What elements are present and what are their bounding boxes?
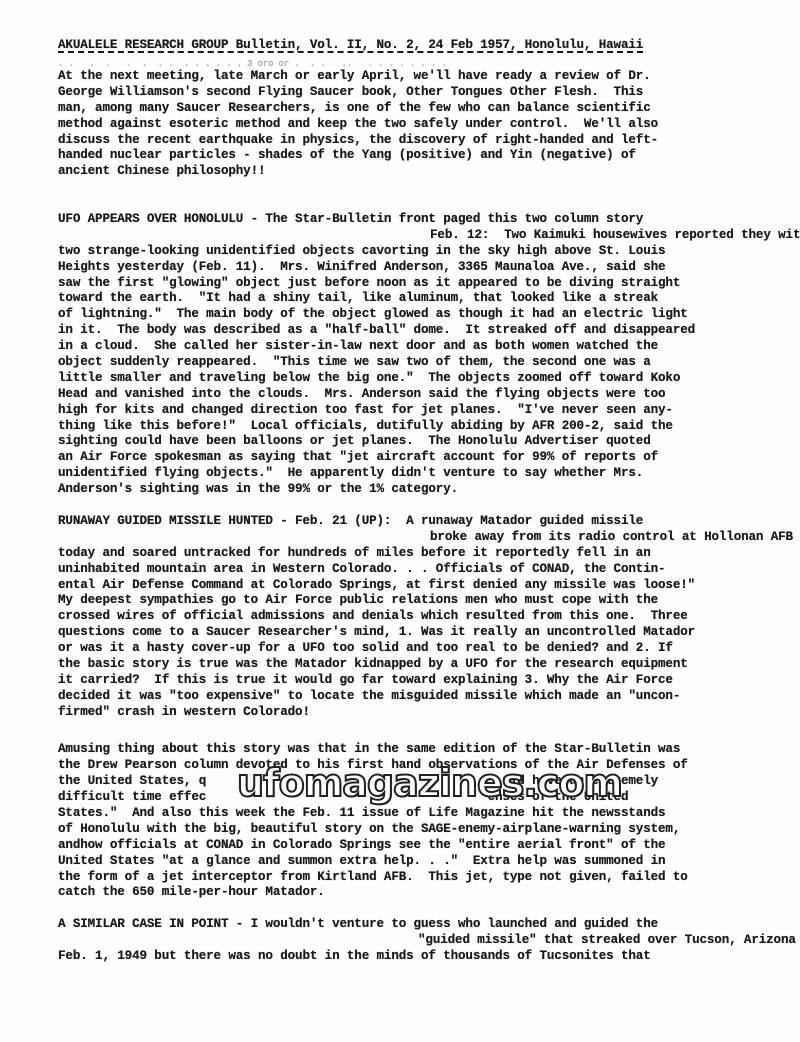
text-line: Head and vanished into the clouds. Mrs. …: [58, 387, 798, 403]
text-line: United States "at a glance and summon ex…: [58, 854, 798, 870]
similar-heading-cont: "guided missile" that streaked over Tucs…: [58, 933, 798, 949]
watermark-logo: ufomagazines.com: [237, 763, 622, 803]
bulletin-header: AKUALELE RESEARCH GROUP Bulletin, Vol. I…: [58, 38, 798, 57]
missile-heading-cont: broke away from its radio control at Hol…: [58, 530, 798, 546]
text-line: Anderson's sighting was in the 99% or th…: [58, 482, 798, 498]
text-line: At the next meeting, late March or early…: [58, 69, 798, 85]
text-line: unidentified flying objects." He apparen…: [58, 466, 798, 482]
missile-heading: RUNAWAY GUIDED MISSILE HUNTED - Feb. 21 …: [58, 514, 798, 530]
text-line: ancient Chinese philosophy!!: [58, 164, 798, 180]
text-line: firmed" crash in western Colorado!: [58, 705, 798, 721]
text-line: handed nuclear particles - shades of the…: [58, 148, 798, 164]
text-line: sighting could have been balloons or jet…: [58, 434, 798, 450]
text-line: Amusing thing about this story was that …: [58, 742, 798, 758]
text-line: discuss the recent earthquake in physics…: [58, 133, 798, 149]
document-page: AKUALELE RESEARCH GROUP Bulletin, Vol. I…: [0, 0, 800, 1042]
text-line: catch the 650 mile-per-hour Matador.: [58, 885, 798, 901]
similar-section: A SIMILAR CASE IN POINT - I wouldn't ven…: [58, 917, 798, 965]
text-line: Heights yesterday (Feb. 11). Mrs. Winifr…: [58, 260, 798, 276]
text-line: an Air Force spokesman as saying that "j…: [58, 450, 798, 466]
similar-heading: A SIMILAR CASE IN POINT - I wouldn't ven…: [58, 917, 798, 933]
text-line: toward the earth. "It had a shiny tail, …: [58, 291, 798, 307]
text-line: or was it a hasty cover-up for a UFO too…: [58, 641, 798, 657]
text-line: little smaller and traveling below the b…: [58, 371, 798, 387]
text-line: the basic story is true was the Matador …: [58, 657, 798, 673]
text-line: My deepest sympathies go to Air Force pu…: [58, 593, 798, 609]
text-line: high for kits and changed direction too …: [58, 403, 798, 419]
text-line: object suddenly reappeared. "This time w…: [58, 355, 798, 371]
text-line: ental Air Defense Command at Colorado Sp…: [58, 578, 798, 594]
text-line: of lightning." The main body of the obje…: [58, 307, 798, 323]
text-line: andhow officials at CONAD in Colorado Sp…: [58, 838, 798, 854]
missile-section: RUNAWAY GUIDED MISSILE HUNTED - Feb. 21 …: [58, 514, 798, 721]
ufo-section: UFO APPEARS OVER HONOLULU - The Star-Bul…: [58, 212, 798, 498]
text-line: uninhabited mountain area in Western Col…: [58, 562, 798, 578]
bleed-through-line: . . . . . . . . . . . . . . 3 oro or . .…: [58, 57, 798, 69]
bulletin-text: AKUALELE RESEARCH GROUP Bulletin, Vol. I…: [58, 38, 798, 965]
text-line: method against esoteric method and keep …: [58, 117, 798, 133]
text-line: in it. The body was described as a "half…: [58, 323, 798, 339]
text-line: Feb. 1, 1949 but there was no doubt in t…: [58, 949, 798, 965]
text-line: crossed wires of official admissions and…: [58, 609, 798, 625]
text-line: the form of a jet interceptor from Kirtl…: [58, 870, 798, 886]
text-line: two strange-looking unidentified objects…: [58, 244, 798, 260]
text-line: questions come to a Saucer Researcher's …: [58, 625, 798, 641]
text-line: States." And also this week the Feb. 11 …: [58, 806, 798, 822]
text-line: George Williamson's second Flying Saucer…: [58, 85, 798, 101]
text-line: decided it was "too expensive" to locate…: [58, 689, 798, 705]
text-line: man, among many Saucer Researchers, is o…: [58, 101, 798, 117]
text-line: saw the first "glowing" object just befo…: [58, 276, 798, 292]
text-line: of Honolulu with the big, beautiful stor…: [58, 822, 798, 838]
text-line: today and soared untracked for hundreds …: [58, 546, 798, 562]
ufo-heading-cont: Feb. 12: Two Kaimuki housewives reported…: [58, 228, 798, 244]
intro-paragraph: At the next meeting, late March or early…: [58, 69, 798, 180]
ufo-heading: UFO APPEARS OVER HONOLULU - The Star-Bul…: [58, 212, 798, 228]
text-line: it carried? If this is true it would go …: [58, 673, 798, 689]
text-line: thing like this before!" Local officials…: [58, 419, 798, 435]
text-line: in a cloud. She called her sister-in-law…: [58, 339, 798, 355]
